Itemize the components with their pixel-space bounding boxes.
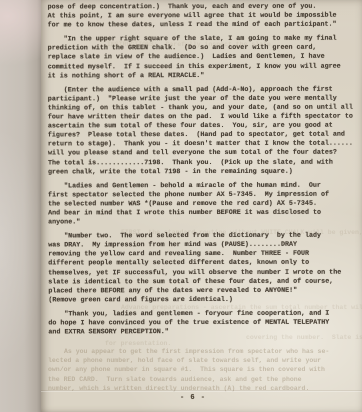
text-line: "Ladies and Gentlemen - behold a miracle… <box>48 181 360 191</box>
text-line: it is nothing short of a REAL MIRACLE." <box>48 71 360 81</box>
paragraph: "Number two. The word selected from the … <box>48 232 360 306</box>
paragraph: "Ladies and Gentlemen - behold a miracle… <box>48 181 360 227</box>
text-line: green chalk, write the total 7198 - in t… <box>48 167 360 177</box>
bleedthrough-line: lected a phone number, hold face of slat… <box>48 356 360 365</box>
page-number: - 6 - <box>48 394 338 402</box>
paragraph: "In the upper right square of the slate,… <box>48 35 360 81</box>
text-line: And bear in mind that I wrote this numbe… <box>48 209 360 219</box>
text-line: will you please stand and tell everyone … <box>48 149 360 159</box>
bleedthrough-line: As you appear to get the first impressio… <box>48 347 360 356</box>
text-line: anyone." <box>48 218 360 228</box>
text-line: (Remove green card and figures are ident… <box>48 295 360 305</box>
scanned-document: As you appear to get the first impressio… <box>0 0 362 412</box>
paragraph: "Thank you, ladies and gentlemen - foryo… <box>48 309 360 337</box>
text-line: committed myself. If I succeed in this e… <box>48 62 360 72</box>
text-line: slate is identical to the sum total of t… <box>48 277 360 287</box>
bleedthrough-line: own/or any phone number in square #1. Th… <box>48 365 360 374</box>
bleedthrough-line: number, which is written directly undern… <box>48 384 360 393</box>
text-line: and EXTRA SENSORY PERCEPTION." <box>48 328 360 338</box>
text-line: replace slate in view of the audience.) … <box>48 53 360 63</box>
text-line: for me to know these dates, unless I rea… <box>48 21 360 31</box>
text-line: do hope I have convinced you of the true… <box>48 319 360 329</box>
text-line: The total is............7198. Thank you.… <box>48 158 360 168</box>
bleedthrough-line: the RED CARD. Turn slate towards audienc… <box>48 375 360 384</box>
page-left-edge <box>0 0 44 412</box>
text-line: themselves, yet IF successful, you will … <box>48 268 360 278</box>
bleedthrough-paragraph: As you appear to get the first impressio… <box>48 347 360 393</box>
paragraph: pose of deep concentration.) Thank you, … <box>48 3 360 31</box>
paper-crease <box>41 390 362 393</box>
paper-page: As you appear to get the first impressio… <box>41 0 362 412</box>
paragraph: (Enter the audience with a small pad (Ad… <box>48 85 360 177</box>
typewritten-text: pose of deep concentration.) Thank you, … <box>48 3 361 343</box>
